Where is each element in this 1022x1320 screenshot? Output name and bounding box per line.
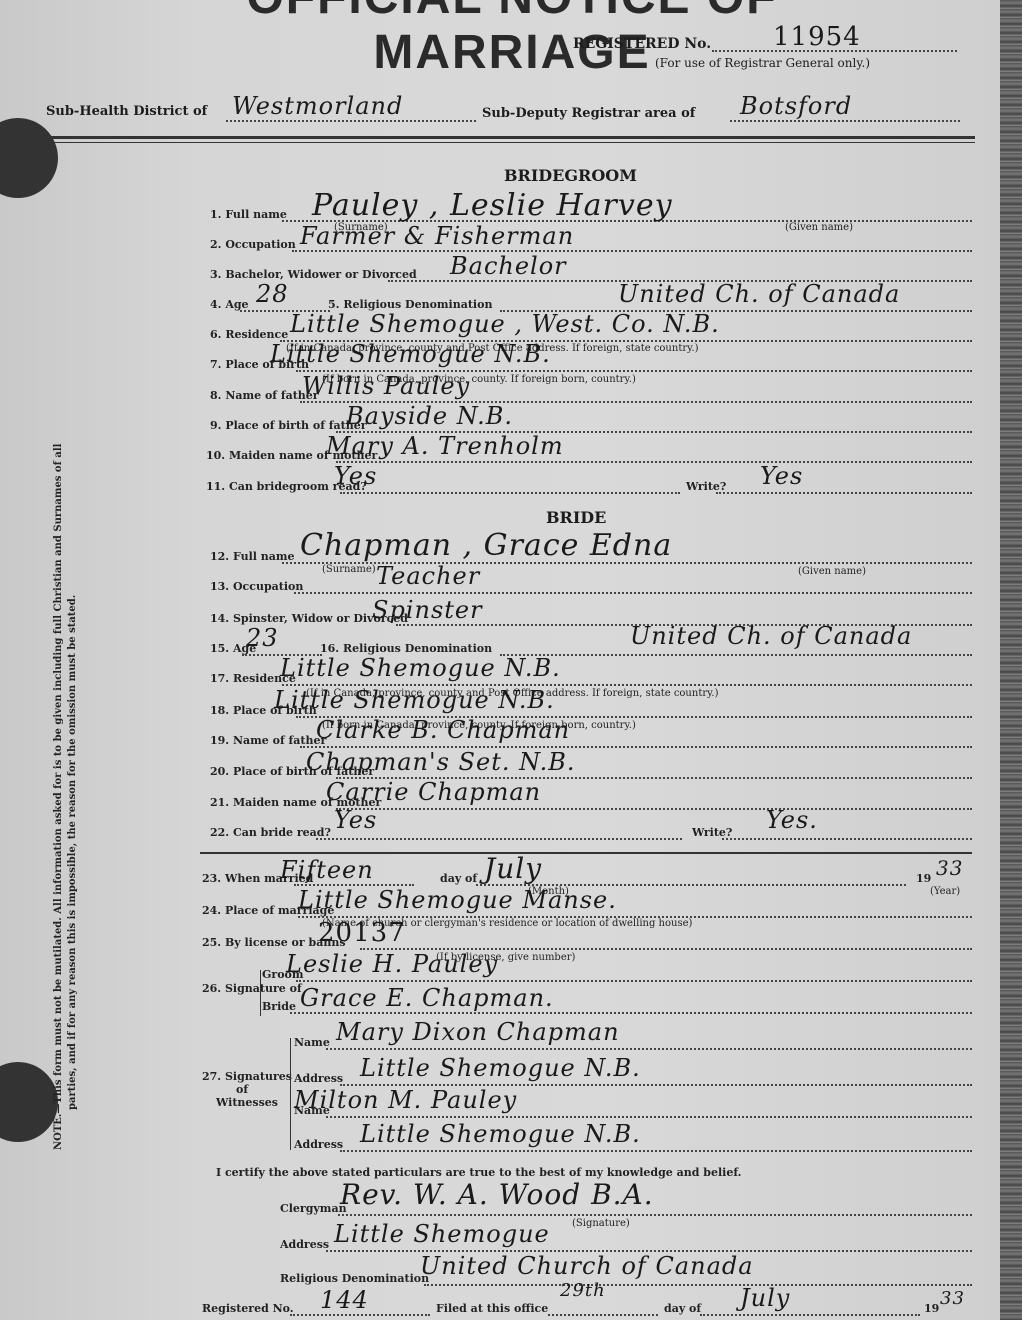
witnesses-label-line: of <box>202 1083 292 1096</box>
dotted-line <box>340 1150 972 1152</box>
bride-signature: Grace E. Chapman. <box>300 984 554 1012</box>
bride-father-birthplace: Chapman's Set. N.B. <box>306 748 575 776</box>
dotted-line <box>316 838 682 840</box>
registered-number: 11954 <box>773 22 861 52</box>
dotted-line <box>336 461 972 463</box>
bride-father: Clarke B. Chapman <box>316 716 570 744</box>
bride-occupation-label: 13. Occupation <box>210 580 303 593</box>
groom-birthplace: Little Shemogue N.B. <box>270 340 551 368</box>
dotted-line <box>716 492 972 494</box>
denomination-label: Religious Denomination <box>280 1272 429 1285</box>
groom-read: Yes <box>334 462 377 490</box>
dotted-line <box>226 120 476 122</box>
dotted-line <box>336 808 972 810</box>
footer-registered-number: 144 <box>320 1286 369 1314</box>
groom-full-name: Pauley , Leslie Harvey <box>312 188 673 223</box>
groom-father-birthplace: Bayside N.B. <box>346 402 513 430</box>
groom-occupation: Farmer & Fisherman <box>300 222 574 250</box>
surname-hint: (Surname) <box>322 564 376 575</box>
denomination-value: United Church of Canada <box>420 1252 754 1280</box>
witness1-name: Mary Dixon Chapman <box>336 1018 620 1046</box>
groom-father: Willis Pauley <box>302 372 470 400</box>
witness2-address: Little Shemogue N.B. <box>360 1120 641 1148</box>
footer-registered-label: Registered No. <box>202 1302 294 1315</box>
groom-write: Yes <box>760 462 803 490</box>
dotted-line <box>500 654 972 656</box>
bride-occupation: Teacher <box>376 562 480 590</box>
dotted-line <box>290 1314 430 1316</box>
dotted-line <box>340 492 680 494</box>
dotted-line <box>730 120 960 122</box>
witness2-name: Milton M. Pauley <box>294 1086 517 1114</box>
groom-religion: United Ch. of Canada <box>618 280 900 308</box>
dotted-line <box>326 1048 972 1050</box>
witness2-address-label: Address <box>294 1138 343 1151</box>
signature-hint: (Signature) <box>572 1218 630 1229</box>
divider <box>40 136 975 139</box>
punch-hole <box>0 1062 58 1142</box>
signature-label: 26. Signature of <box>202 982 302 995</box>
when-married-day: Fifteen <box>280 856 374 884</box>
when-married-month: July <box>484 852 542 885</box>
groom-residence: Little Shemogue , West. Co. N.B. <box>290 310 720 338</box>
sub-deputy-value: Botsford <box>740 92 852 120</box>
groom-marital-status: Bachelor <box>450 252 567 280</box>
divider <box>200 852 972 854</box>
registered-number-label: REGISTERED No. <box>573 36 711 52</box>
dotted-line <box>326 1116 972 1118</box>
witnesses-label-line: 27. Signatures <box>202 1070 292 1083</box>
witness1-name-label: Name <box>294 1036 330 1049</box>
brace <box>290 1038 291 1150</box>
filed-day: 29th <box>560 1280 606 1301</box>
place-of-marriage: Little Shemogue Manse. <box>298 886 617 914</box>
groom-occupation-label: 2. Occupation <box>210 238 296 251</box>
witness1-address: Little Shemogue N.B. <box>360 1054 641 1082</box>
license-number: 20137 <box>318 918 406 948</box>
clergyman-address: Little Shemogue <box>334 1220 550 1248</box>
side-note: NOTE.—This form must not be mutilated. A… <box>52 150 80 1150</box>
dotted-line <box>294 592 972 594</box>
filed-year: 33 <box>940 1288 965 1309</box>
dotted-line <box>700 1314 920 1316</box>
bride-mother: Carrie Chapman <box>326 778 541 806</box>
dotted-line <box>548 1314 658 1316</box>
dotted-line <box>290 1012 972 1014</box>
year-prefix: 19 <box>916 872 931 885</box>
witness1-address-label: Address <box>294 1072 343 1085</box>
clergyman-label: Clergyman <box>280 1202 347 1215</box>
given-name-hint: (Given name) <box>798 566 866 577</box>
punch-hole <box>0 118 58 198</box>
filed-year-prefix: 19 <box>924 1302 939 1315</box>
groom-full-name-label: 1. Full name <box>210 208 287 221</box>
given-name-hint: (Given name) <box>785 222 853 233</box>
clergyman-signature: Rev. W. A. Wood B.A. <box>340 1178 654 1211</box>
bride-read-label: 22. Can bride read? <box>210 826 331 839</box>
witnesses-label: 27. Signatures of Witnesses <box>202 1070 292 1109</box>
bride-religion: United Ch. of Canada <box>630 622 912 650</box>
when-married-year: 33 <box>936 856 963 880</box>
dotted-line <box>292 250 972 252</box>
bridegroom-heading: BRIDEGROOM <box>504 166 637 185</box>
groom-marital-status-label: 3. Bachelor, Widower or Divorced <box>210 268 417 281</box>
bride-full-name: Chapman , Grace Edna <box>300 528 672 563</box>
marriage-notice-page: OFFICIAL NOTICE OF MARRIAGE REGISTERED N… <box>0 0 1000 1320</box>
groom-age: 28 <box>256 280 289 308</box>
day-of-label: day of <box>440 872 477 885</box>
bride-marital-status: Spinster <box>372 596 483 624</box>
sub-deputy-label: Sub-Deputy Registrar area of <box>482 106 695 121</box>
bride-residence: Little Shemogue N.B. <box>280 654 561 682</box>
bride-write: Yes. <box>766 806 818 834</box>
bride-birthplace: Little Shemogue N.B. <box>274 686 555 714</box>
divider <box>40 142 975 143</box>
clergyman-address-label: Address <box>280 1238 329 1251</box>
bride-age: 23 <box>246 624 279 652</box>
filed-month: July <box>740 1284 790 1312</box>
registrar-note: (For use of Registrar General only.) <box>655 56 870 70</box>
dotted-line <box>296 980 972 982</box>
filed-label: Filed at this office <box>436 1302 548 1315</box>
groom-signature: Leslie H. Pauley <box>286 950 498 978</box>
sub-health-value: Westmorland <box>232 92 403 120</box>
filed-day-of-label: day of <box>664 1302 701 1315</box>
bride-read: Yes <box>334 806 377 834</box>
scan-edge <box>1000 0 1022 1320</box>
dotted-line <box>722 838 972 840</box>
side-note-line-2: parties, and if for any reason this is i… <box>66 150 80 1150</box>
brace <box>260 970 261 1016</box>
year-hint: (Year) <box>930 886 960 897</box>
groom-mother: Mary A. Trenholm <box>326 432 564 460</box>
witnesses-label-line: Witnesses <box>202 1096 292 1109</box>
bride-heading: BRIDE <box>546 508 606 527</box>
sub-health-label: Sub-Health District of <box>46 104 207 119</box>
dotted-line <box>338 1214 972 1216</box>
dotted-line <box>424 1284 972 1286</box>
side-note-line-1: NOTE.—This form must not be mutilated. A… <box>52 150 66 1150</box>
